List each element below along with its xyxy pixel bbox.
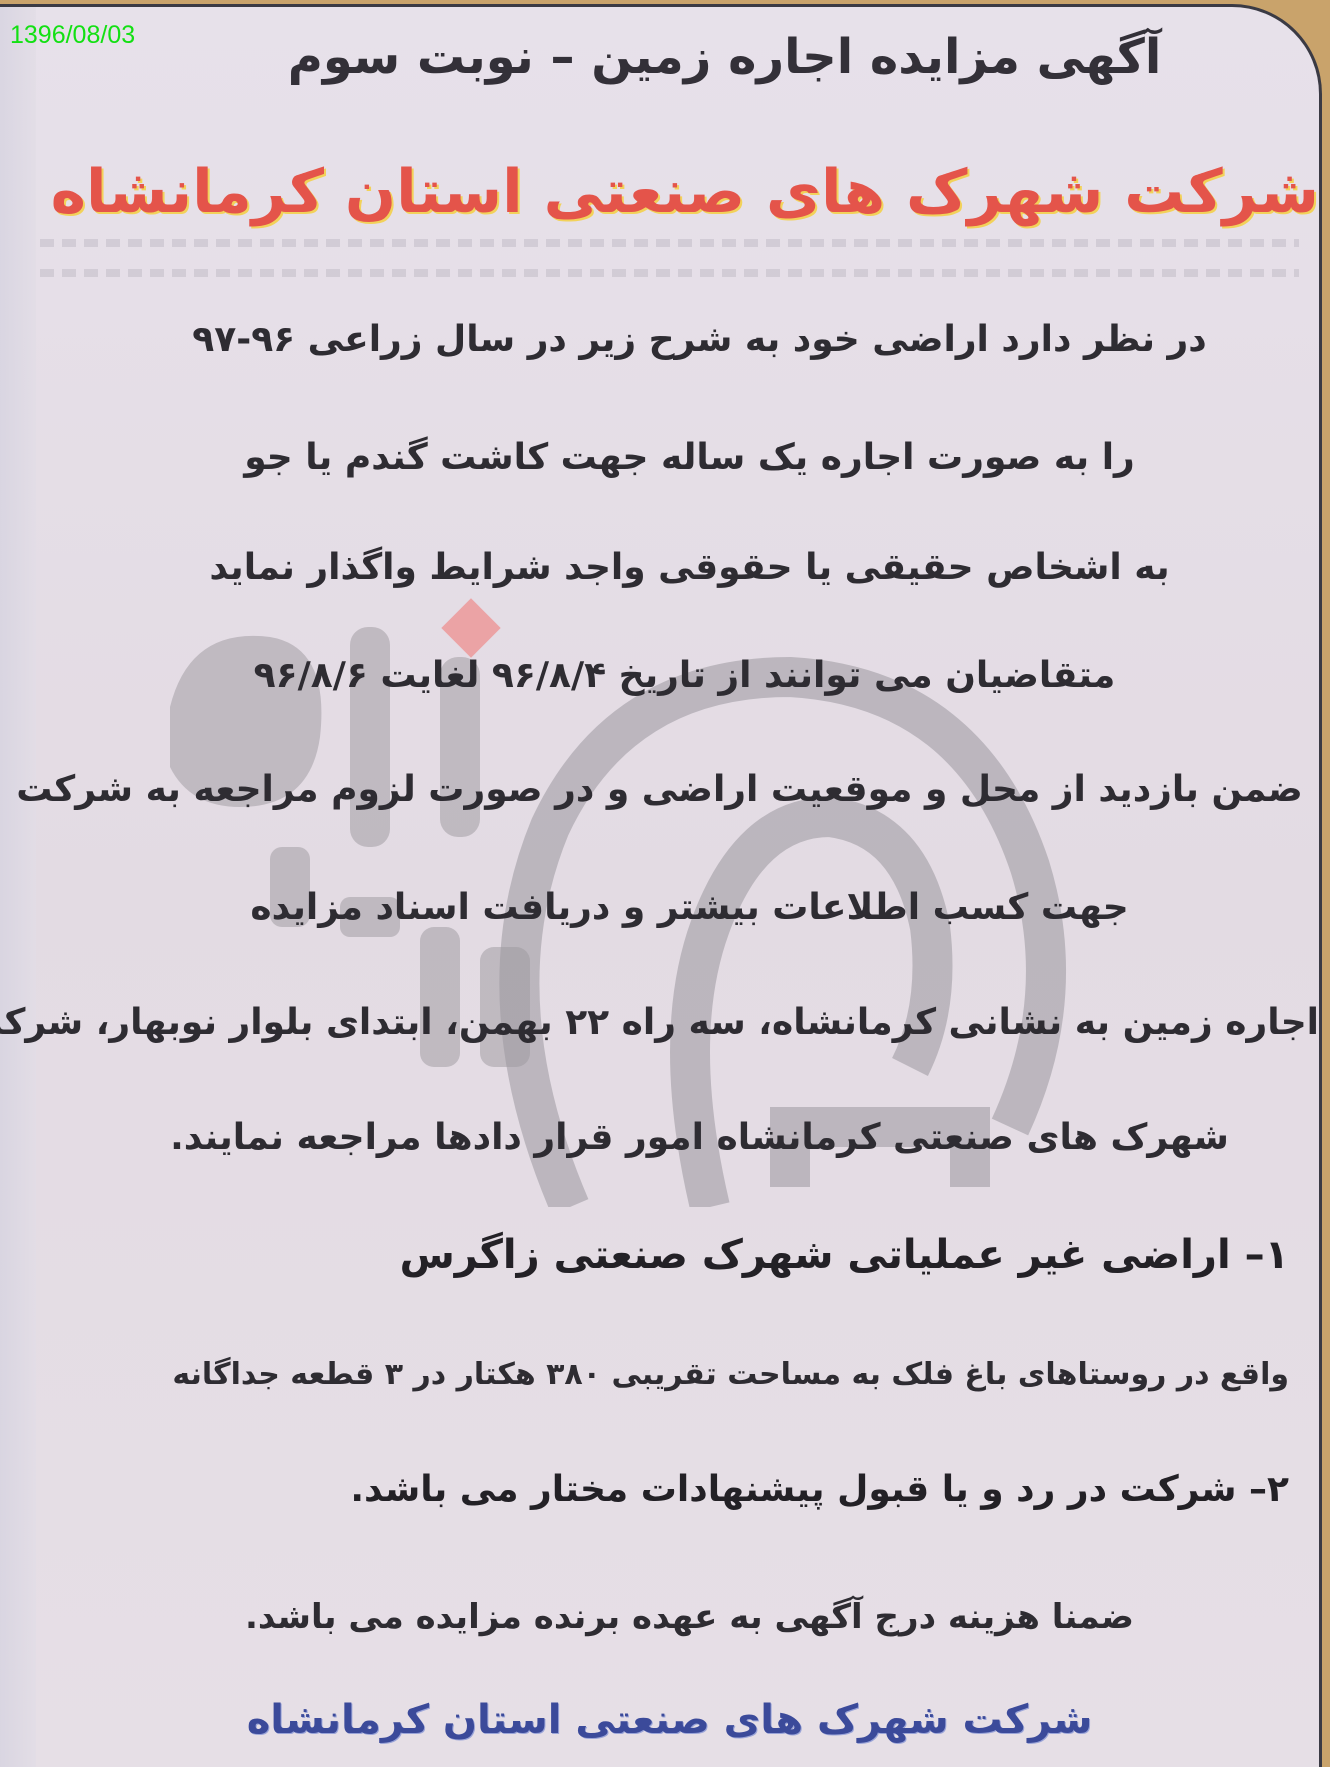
item-1-heading: ۱– اراضی غیر عملیاتی شهرک صنعتی زاگرس: [400, 1232, 1289, 1278]
body-line: را به صورت اجاره یک ساله جهت کاشت گندم ی…: [0, 437, 1319, 478]
date-stamp: 1396/08/03: [10, 21, 135, 50]
newspaper-clipping: 1396/08/03 آگهی مزایده اجاره زمین – نوبت…: [0, 4, 1322, 1767]
cost-note: ضمنا هزینه درج آگهی به عهده برنده مزایده…: [0, 1597, 1319, 1637]
body-line: اجاره زمین به نشانی کرمانشاه، سه راه ۲۲ …: [0, 1002, 1319, 1043]
body-line: ضمن بازدید از محل و موقعیت اراضی و در صو…: [0, 769, 1319, 810]
bleed-through-text: [40, 269, 1299, 277]
company-name-title: شرکت شهرک های صنعتی استان کرمانشاه: [0, 157, 1319, 227]
body-line: در نظر دارد اراضی خود به شرح زیر در سال …: [0, 319, 1319, 360]
item-2-heading: ۲– شرکت در رد و یا قبول پیشنهادات مختار …: [350, 1469, 1289, 1510]
item-1-detail: واقع در روستاهای باغ فلک به مساحت تقریبی…: [172, 1357, 1289, 1392]
notice-title: آگهی مزایده اجاره زمین – نوبت سوم: [0, 29, 1319, 85]
footer-signature: شرکت شهرک های صنعتی استان کرمانشاه: [0, 1697, 1319, 1743]
bleed-through-text: [40, 239, 1299, 247]
body-line: شهرک های صنعتی کرمانشاه امور قرار دادها …: [0, 1117, 1319, 1158]
body-line: جهت کسب اطلاعات بیشتر و دریافت اسناد مزا…: [0, 887, 1319, 928]
body-line: به اشخاص حقیقی یا حقوقی واجد شرایط واگذا…: [0, 547, 1319, 588]
body-line: متقاضیان می توانند از تاریخ ۹۶/۸/۴ لغایت…: [0, 655, 1319, 696]
